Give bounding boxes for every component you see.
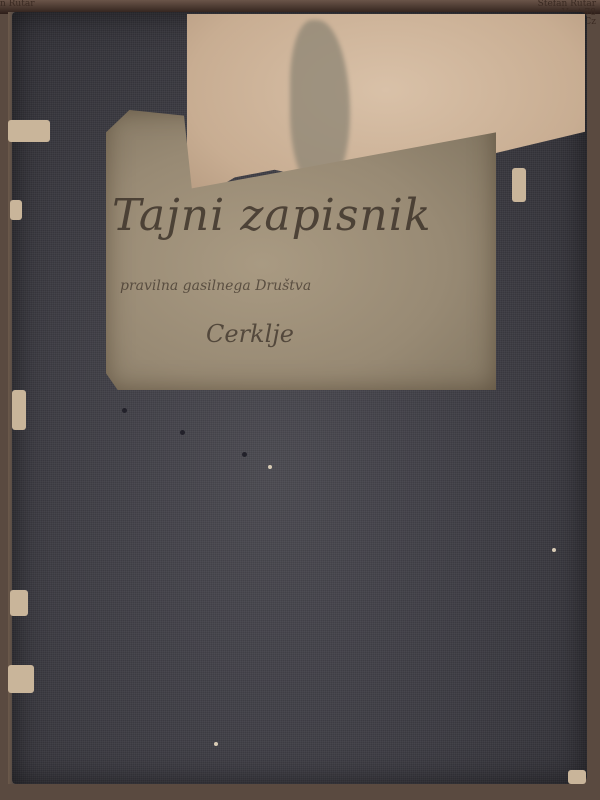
label-title: Tajni zapisnik <box>112 190 432 241</box>
worn-patch <box>10 200 22 220</box>
worn-patch <box>10 590 28 616</box>
stain-dot <box>180 430 185 435</box>
stain-dot <box>122 408 127 413</box>
stain-dot <box>242 452 247 457</box>
worn-patch <box>8 120 50 142</box>
worn-patch <box>568 770 586 784</box>
worn-patch <box>8 665 34 693</box>
label-signature: Cerklje <box>206 320 294 348</box>
speck <box>552 548 556 552</box>
speck <box>214 742 218 746</box>
worn-patch <box>512 168 526 202</box>
watermark-left: n Rutar <box>0 0 35 9</box>
label-subtitle: pravilna gasilnega Društva <box>120 278 311 294</box>
worn-patch <box>12 390 26 430</box>
speck <box>268 465 272 469</box>
